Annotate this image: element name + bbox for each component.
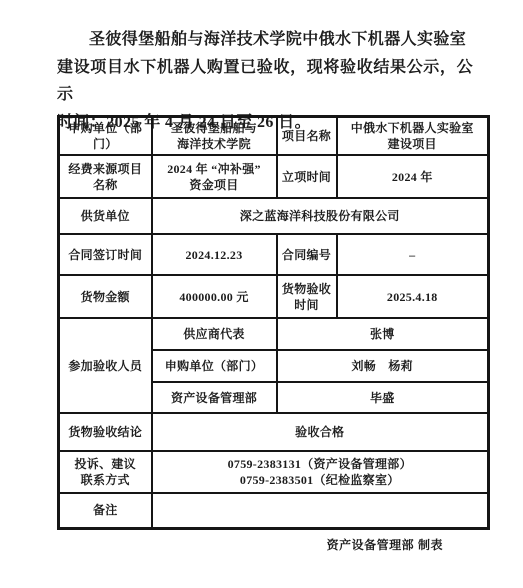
acceptance-result-table: 申购单位（部门） 圣彼得堡船舶与 海洋技术学院 项目名称 中俄水下机器人实验室 … xyxy=(57,115,490,530)
label-complaint-contact: 投诉、建议 联系方式 xyxy=(59,451,152,493)
label-approval-time: 立项时间 xyxy=(277,155,337,198)
label-acceptance-date: 货物验收 时间 xyxy=(277,275,337,318)
table-row: 备注 xyxy=(59,493,489,528)
value-complaint-contact: 0759-2383131（资产设备管理部） 0759-2383501（纪检监察室… xyxy=(152,451,489,493)
label-remarks: 备注 xyxy=(59,493,152,528)
label-acceptance-participants: 参加验收人员 xyxy=(59,318,152,413)
value-purchase-dept-participants: 刘畅 杨莉 xyxy=(277,350,489,382)
value-acceptance-date: 2025.4.18 xyxy=(337,275,489,318)
label-purchase-dept-participants: 申购单位（部门） xyxy=(152,350,277,382)
value-purchase-unit: 圣彼得堡船舶与 海洋技术学院 xyxy=(152,117,277,156)
label-contract-sign-date: 合同签订时间 xyxy=(59,234,152,275)
value-supplier: 深之蓝海洋科技股份有限公司 xyxy=(152,198,489,234)
table-row: 货物金额 400000.00 元 货物验收 时间 2025.4.18 xyxy=(59,275,489,318)
table-row: 参加验收人员 供应商代表 张博 xyxy=(59,318,489,350)
value-approval-time: 2024 年 xyxy=(337,155,489,198)
table-row: 申购单位（部门） 圣彼得堡船舶与 海洋技术学院 项目名称 中俄水下机器人实验室 … xyxy=(59,117,489,156)
label-supplier-representative: 供应商代表 xyxy=(152,318,277,350)
value-fund-source: 2024 年 “冲补强” 资金项目 xyxy=(152,155,277,198)
label-asset-equipment-dept: 资产设备管理部 xyxy=(152,382,277,413)
footer-prepared-by: 资产设备管理部 制表 xyxy=(0,536,523,553)
label-contract-no: 合同编号 xyxy=(277,234,337,275)
label-fund-source: 经费来源项目名称 xyxy=(59,155,152,198)
value-contract-no: – xyxy=(337,234,489,275)
value-supplier-representative: 张博 xyxy=(277,318,489,350)
value-project-name: 中俄水下机器人实验室 建设项目 xyxy=(337,117,489,156)
label-project-name: 项目名称 xyxy=(277,117,337,156)
value-acceptance-conclusion: 验收合格 xyxy=(152,413,489,451)
table-row: 货物验收结论 验收合格 xyxy=(59,413,489,451)
label-goods-amount: 货物金额 xyxy=(59,275,152,318)
table-row: 经费来源项目名称 2024 年 “冲补强” 资金项目 立项时间 2024 年 xyxy=(59,155,489,198)
value-contract-sign-date: 2024.12.23 xyxy=(152,234,277,275)
label-acceptance-conclusion: 货物验收结论 xyxy=(59,413,152,451)
label-purchase-unit: 申购单位（部门） xyxy=(59,117,152,156)
label-supplier: 供货单位 xyxy=(59,198,152,234)
table-row: 供货单位 深之蓝海洋科技股份有限公司 xyxy=(59,198,489,234)
value-goods-amount: 400000.00 元 xyxy=(152,275,277,318)
document-page: 圣彼得堡船舶与海洋技术学院中俄水下机器人实验室 建设项目水下机器人购置已验收，现… xyxy=(0,0,523,588)
value-asset-equipment-dept: 毕盛 xyxy=(277,382,489,413)
value-remarks xyxy=(152,493,489,528)
table-row: 投诉、建议 联系方式 0759-2383131（资产设备管理部） 0759-23… xyxy=(59,451,489,493)
table-row: 合同签订时间 2024.12.23 合同编号 – xyxy=(59,234,489,275)
